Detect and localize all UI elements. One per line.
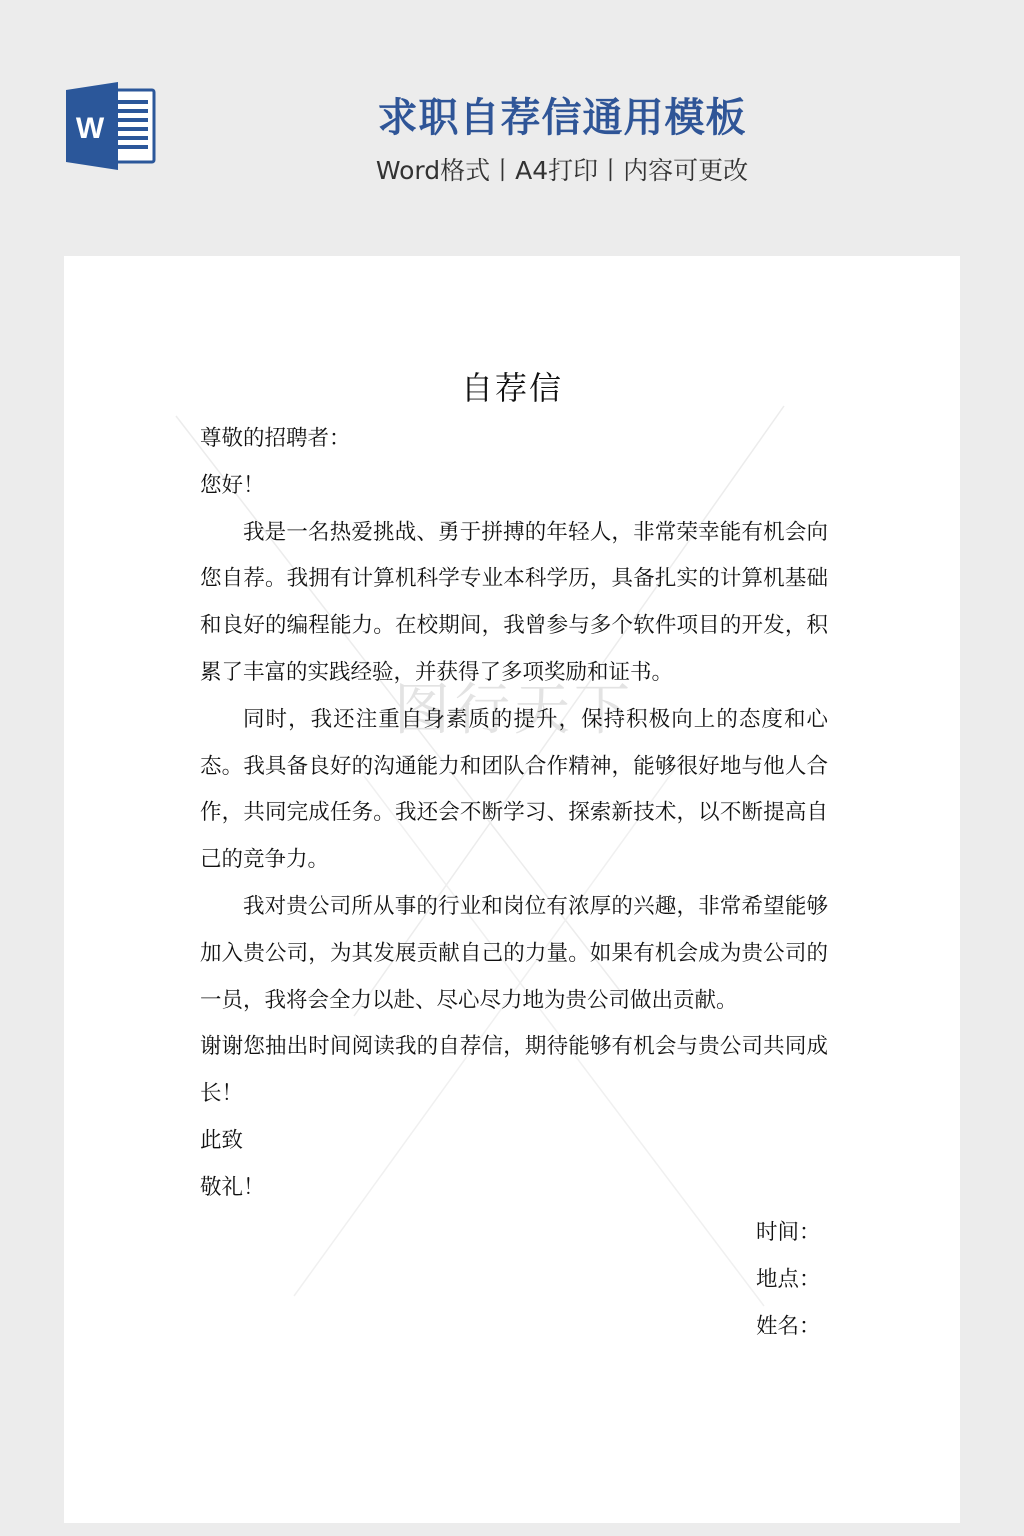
thanks-line: 谢谢您抽出时间阅读我的自荐信，期待能够有机会与贵公司共同成长！ [200,1024,828,1118]
document-page: 图行天下 自荐信 尊敬的招聘者： 您好！ 我是一名热爱挑战、勇于拼搏的年轻人，非… [64,256,960,1523]
paragraph-qualities: 同时，我还注重自身素质的提升，保持积极向上的态度和心态。我具备良好的沟通能力和团… [200,697,828,884]
svg-text:W: W [76,112,105,145]
signature-time-label: 时间： [756,1210,876,1257]
paragraph-interest: 我对贵公司所从事的行业和岗位有浓厚的兴趣，非常希望能够加入贵公司，为其发展贡献自… [200,884,828,1024]
signature-place-label: 地点： [756,1257,876,1304]
closing-cizhi: 此致 [200,1118,828,1165]
template-subtitle: Word格式丨A4打印丨内容可更改 [300,154,824,188]
greeting: 您好！ [200,463,828,510]
template-header: W 求职自荐信通用模板 Word格式丨A4打印丨内容可更改 [0,0,1024,256]
closing-jingli: 敬礼！ [200,1165,828,1212]
template-title: 求职自荐信通用模板 [300,92,824,144]
paragraph-intro: 我是一名热爱挑战、勇于拼搏的年轻人，非常荣幸能有机会向您自荐。我拥有计算机科学专… [200,510,828,697]
letter-body: 尊敬的招聘者： 您好！ 我是一名热爱挑战、勇于拼搏的年轻人，非常荣幸能有机会向您… [200,416,828,1212]
document-title: 自荐信 [64,366,960,410]
salutation: 尊敬的招聘者： [200,416,828,463]
signature-name-label: 姓名： [756,1304,876,1351]
signature-block: 时间： 地点： 姓名： [756,1210,876,1350]
word-document-icon: W [64,82,156,170]
